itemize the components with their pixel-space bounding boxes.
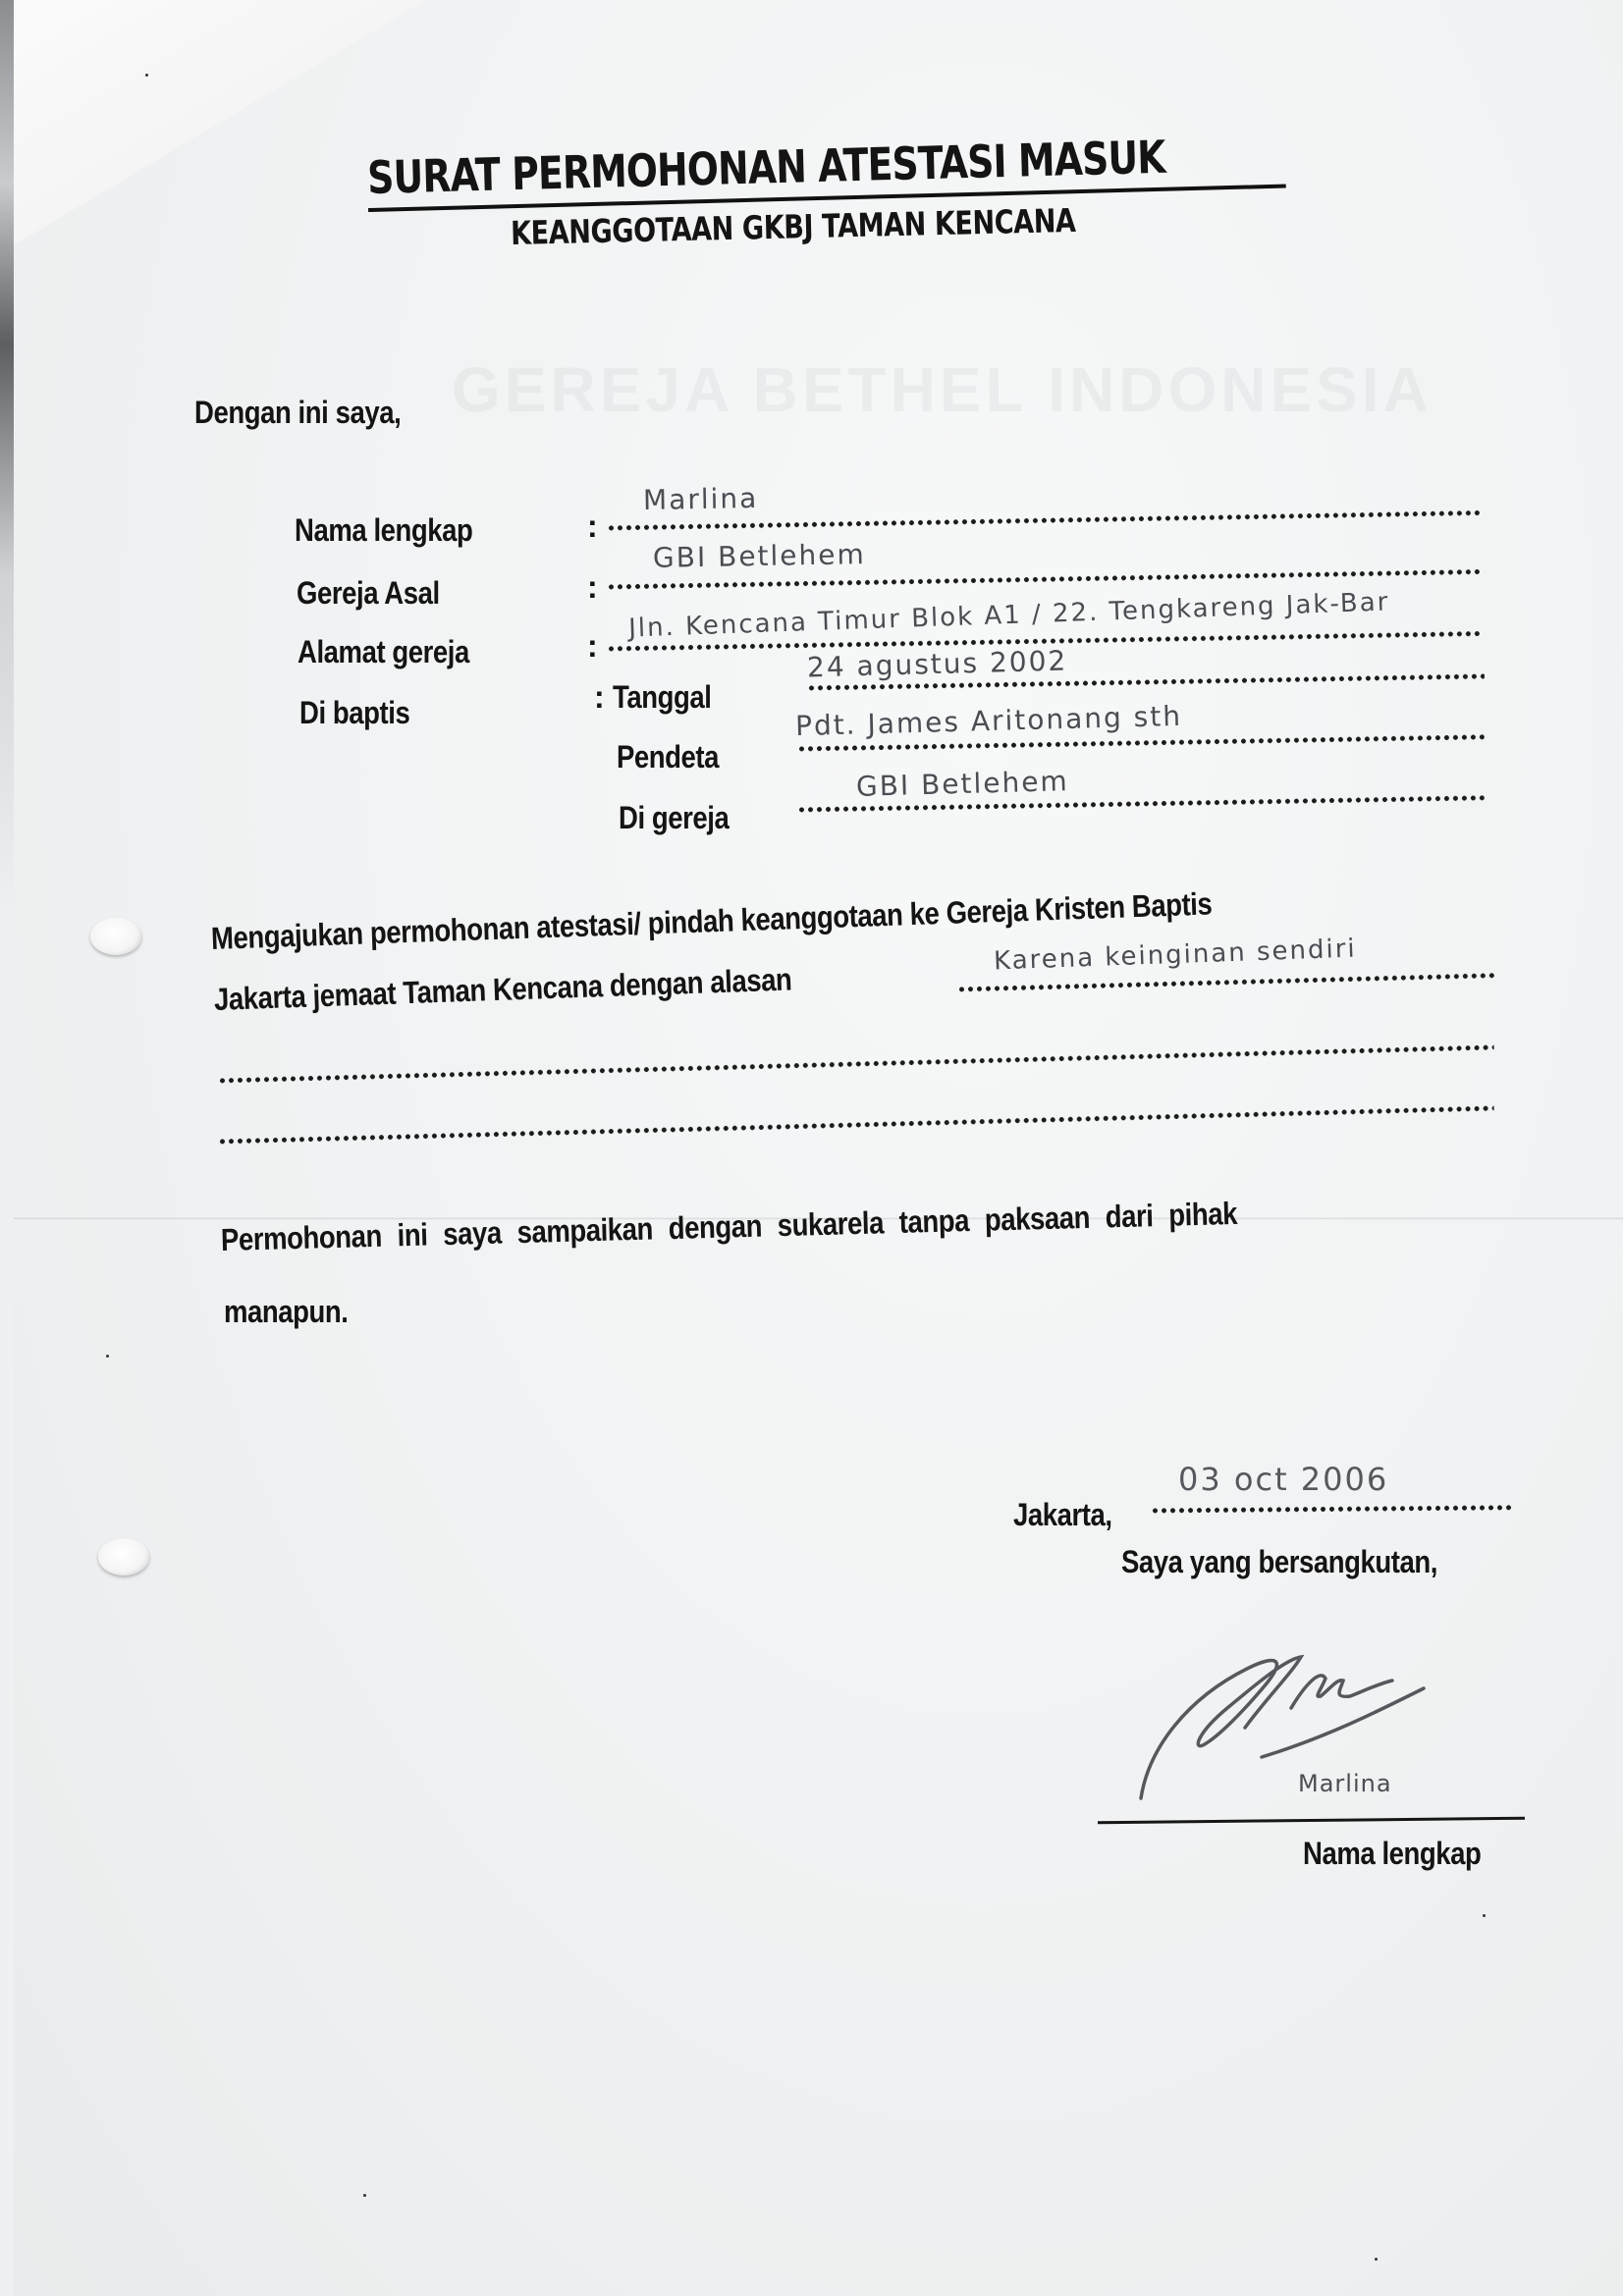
field-label-di-baptis: Di baptis bbox=[299, 695, 428, 731]
request-line-2: Jakarta jemaat Taman Kencana dengan alas… bbox=[213, 958, 886, 1018]
form-subtitle: KEANGGOTAAN GKBJ TAMAN KENCANA bbox=[511, 198, 1201, 252]
name-caption: Nama lengkap bbox=[1303, 1836, 1510, 1872]
field-value-pendeta[interactable]: Pdt. James Aritonang sth bbox=[795, 700, 1183, 742]
attestation-form: SURAT PERMOHONAN ATESTASI MASUK KEANGGOT… bbox=[0, 0, 1623, 2296]
dotted-line bbox=[957, 973, 1497, 992]
field-label-di-gereja: Di gereja bbox=[619, 800, 747, 836]
scan-speck bbox=[145, 74, 148, 77]
statement-line-2: manapun. bbox=[224, 1294, 368, 1330]
field-label-nama-lengkap: Nama lengkap bbox=[295, 512, 502, 549]
signatory-label: Saya yang bersangkutan, bbox=[1121, 1544, 1488, 1580]
field-label-gereja-asal: Gereja Asal bbox=[297, 575, 462, 612]
dotted-line bbox=[1151, 1505, 1514, 1514]
signing-date[interactable]: 03 oct 2006 bbox=[1178, 1461, 1388, 1498]
reason-value[interactable]: Karena keinginan sendiri bbox=[994, 934, 1358, 977]
field-label-pendeta: Pendeta bbox=[617, 739, 735, 775]
statement-line-1: Permohonan ini saya sampaikan dengan suk… bbox=[221, 1191, 1403, 1258]
scan-speck bbox=[1483, 1914, 1486, 1917]
colon: : bbox=[587, 569, 598, 606]
scan-speck bbox=[106, 1355, 109, 1358]
colon: : bbox=[587, 508, 598, 545]
field-value-di-gereja[interactable]: GBI Betlehem bbox=[856, 765, 1070, 803]
scan-speck bbox=[1375, 2258, 1378, 2261]
field-value-gereja-asal[interactable]: GBI Betlehem bbox=[653, 538, 866, 574]
field-value-nama-lengkap[interactable]: Marlina bbox=[643, 482, 759, 516]
colon: : bbox=[587, 628, 598, 665]
signed-name: Marlina bbox=[1298, 1770, 1392, 1797]
dotted-line-blank[interactable] bbox=[218, 1105, 1494, 1145]
field-value-tanggal[interactable]: 24 agustus 2002 bbox=[807, 645, 1068, 684]
opening-text: Dengan ini saya, bbox=[194, 395, 435, 431]
field-label-tanggal: : Tanggal bbox=[594, 679, 727, 716]
scan-speck bbox=[363, 2194, 366, 2197]
place-label: Jakarta, bbox=[1013, 1497, 1128, 1533]
field-label-alamat-gereja: Alamat gereja bbox=[298, 634, 497, 670]
dotted-line-blank[interactable] bbox=[218, 1044, 1494, 1084]
